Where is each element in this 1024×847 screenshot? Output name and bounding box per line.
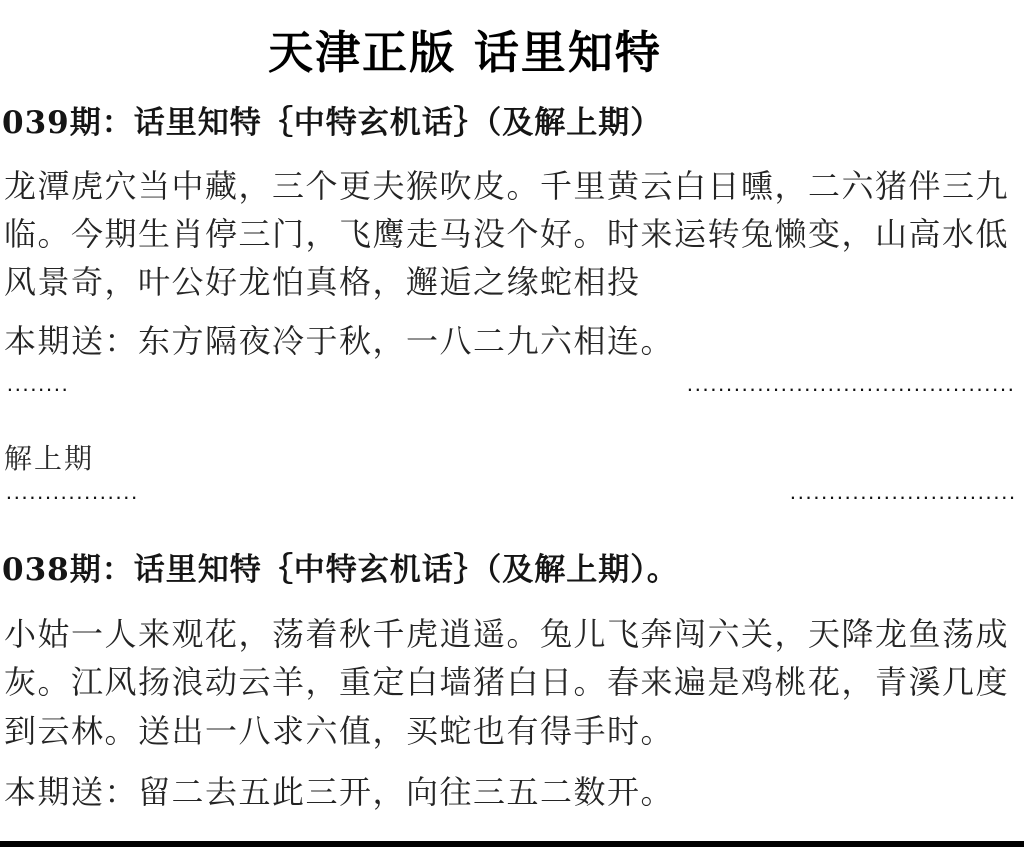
section-039-verse-line-3: 风景奇，叶公好龙怕真格，邂逅之缘蛇相投 — [4, 257, 641, 303]
section-039-verse-line-2: 临。今期生肖停三门，飞鹰走马没个好。时来运转兔懒变，山高水低 — [4, 209, 1009, 255]
dotted-separator-row2-left: ................. — [5, 489, 138, 503]
section-039-heading: 039期：话里知特｛中特玄机话｝（及解上期） — [2, 97, 662, 142]
section-038-verse-line-1: 小姑一人来观花，荡着秋千虎逍遥。兔儿飞奔闯六关，天降龙鱼荡成 — [4, 609, 1009, 655]
dotted-separator-row1-left: ........ — [6, 381, 69, 395]
section-038-verse-line-2: 灰。江风扬浪动云羊，重定白墙猪白日。春来遍是鸡桃花，青溪几度 — [4, 657, 1009, 703]
dotted-separator-row2-right: ............................. — [789, 489, 1016, 503]
section-039-gift-line: 本期送：东方隔夜冷于秋，一八二九六相连。 — [4, 316, 674, 362]
dotted-separator-row1-right: ........................................… — [686, 381, 1015, 395]
section-038-verse-line-3: 到云林。送出一八求六值，买蛇也有得手时。 — [4, 706, 674, 752]
scanned-document-page: 天津正版 话里知特 039期：话里知特｛中特玄机话｝（及解上期） 龙潭虎穴当中藏… — [0, 0, 1024, 847]
page-title: 天津正版 话里知特 — [0, 16, 930, 81]
section-038-gift-line: 本期送：留二去五此三开，向往三五二数开。 — [4, 767, 674, 813]
bottom-scan-bar — [0, 841, 1024, 847]
solve-previous-label: 解上期 — [4, 437, 94, 477]
section-038-heading: 038期：话里知特｛中特玄机话｝（及解上期）。 — [2, 544, 679, 589]
section-039-verse-line-1: 龙潭虎穴当中藏，三个更夫猴吹皮。千里黄云白日曛，二六猪伴三九 — [4, 161, 1009, 207]
